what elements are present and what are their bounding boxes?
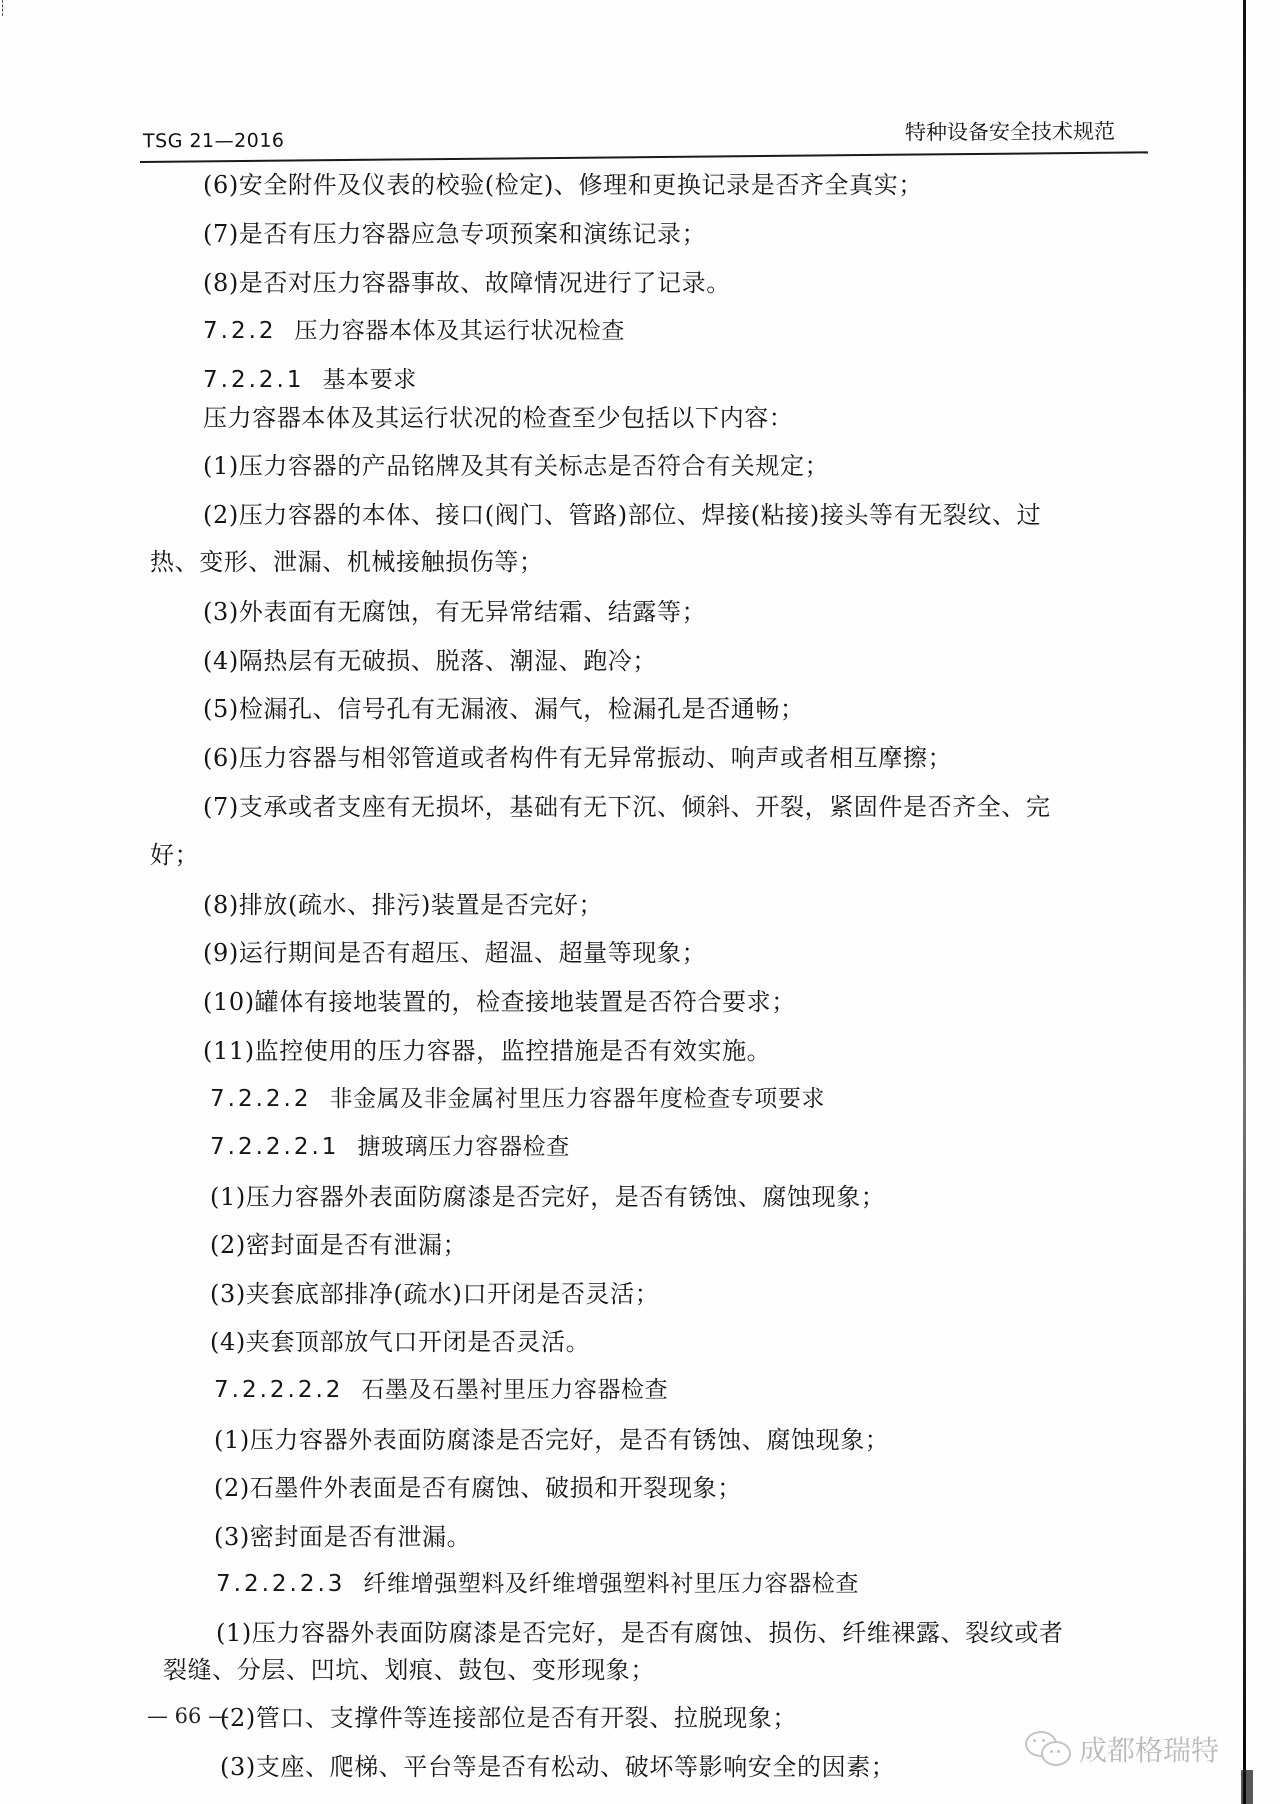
section-title: 搪玻璃压力容器检查 bbox=[357, 1134, 569, 1160]
section-title: 石墨及石墨衬里压力容器检查 bbox=[361, 1377, 668, 1403]
list-item: (9)运行期间是否有超压、超温、超量等现象； bbox=[203, 933, 706, 968]
wechat-icon bbox=[1025, 1731, 1073, 1767]
section-title: 非金属及非金属衬里压力容器年度检查专项要求 bbox=[329, 1086, 825, 1112]
scan-page-edge-shadow bbox=[1241, 1770, 1253, 1804]
paragraph: 压力容器本体及其运行状况的检查至少包括以下内容： bbox=[203, 398, 793, 433]
list-item: (1)压力容器外表面防腐漆是否完好，是否有锈蚀、腐蚀现象； bbox=[210, 1177, 885, 1212]
list-item: (2)密封面是否有泄漏； bbox=[210, 1225, 467, 1260]
watermark-text: 成都格瑞特 bbox=[1079, 1729, 1219, 1769]
section-heading: 7.2.2.1基本要求 bbox=[203, 361, 417, 394]
list-item: (1)压力容器外表面防腐漆是否完好，是否有锈蚀、腐蚀现象； bbox=[214, 1420, 889, 1455]
list-item: (7)支承或者支座有无损坏，基础有无下沉、倾斜、开裂，紧固件是否齐全、完 bbox=[203, 787, 1051, 822]
list-item-continuation: 裂缝、分层、凹坑、划痕、鼓包、变形现象； bbox=[163, 1650, 655, 1685]
section-number: 7.2.2.2.1 bbox=[210, 1134, 339, 1160]
section-title: 压力容器本体及其运行状况检查 bbox=[295, 318, 625, 344]
section-heading: 7.2.2.2.2石墨及石墨衬里压力容器检查 bbox=[214, 1371, 668, 1404]
list-item: (5)检漏孔、信号孔有无漏液、漏气，检漏孔是否通畅； bbox=[203, 689, 805, 724]
scan-page-edge bbox=[1243, 0, 1246, 1804]
watermark: 成都格瑞特 bbox=[1025, 1729, 1219, 1769]
list-item: (2)压力容器的本体、接口(阀门、管路)部位、焊接(粘接)接头等有无裂纹、过 bbox=[203, 495, 1041, 530]
list-item: (8)是否对压力容器事故、故障情况进行了记录。 bbox=[203, 263, 731, 298]
header-divider bbox=[140, 151, 1148, 163]
scan-corner-mark bbox=[2, 0, 7, 16]
section-title: 纤维增强塑料及纤维增强塑料衬里压力容器检查 bbox=[363, 1571, 859, 1597]
section-heading: 7.2.2.2非金属及非金属衬里压力容器年度检查专项要求 bbox=[210, 1080, 825, 1113]
section-number: 7.2.2.2 bbox=[210, 1086, 311, 1112]
section-number: 7.2.2.1 bbox=[203, 367, 304, 393]
list-item-continuation: 好； bbox=[150, 835, 199, 870]
series-title: 特种设备安全技术规范 bbox=[905, 115, 1115, 146]
list-item: (2)石墨件外表面是否有腐蚀、破损和开裂现象； bbox=[214, 1468, 742, 1503]
list-item: (2)管口、支撑件等连接部位是否有开裂、拉脱现象； bbox=[220, 1698, 797, 1733]
list-item: (11)监控使用的压力容器，监控措施是否有效实施。 bbox=[203, 1031, 771, 1066]
list-item: (6)压力容器与相邻管道或者构件有无异常振动、响声或者相互摩擦； bbox=[203, 738, 952, 773]
list-item: (6)安全附件及仪表的校验(检定)、修理和更换记录是否齐全真实； bbox=[203, 165, 923, 200]
section-heading: 7.2.2.2.1搪玻璃压力容器检查 bbox=[210, 1128, 570, 1161]
list-item: (4)夹套顶部放气口开闭是否灵活。 bbox=[210, 1322, 590, 1357]
list-item: (4)隔热层有无破损、脱落、潮湿、跑冷； bbox=[203, 641, 657, 676]
list-item: (3)外表面有无腐蚀，有无异常结霜、结露等； bbox=[203, 592, 706, 627]
section-heading: 7.2.2.2.3纤维增强塑料及纤维增强塑料衬里压力容器检查 bbox=[216, 1565, 859, 1598]
list-item: (3)密封面是否有泄漏。 bbox=[214, 1517, 471, 1552]
section-title: 基本要求 bbox=[322, 367, 416, 393]
list-item: (1)压力容器的产品铭牌及其有关标志是否符合有关规定； bbox=[203, 446, 829, 481]
section-number: 7.2.2.2.3 bbox=[216, 1571, 345, 1597]
section-number: 7.2.2.2.2 bbox=[214, 1377, 343, 1403]
list-item: (3)支座、爬梯、平台等是否有松动、破坏等影响安全的因素； bbox=[220, 1747, 895, 1782]
list-item: (10)罐体有接地装置的，检查接地装置是否符合要求； bbox=[203, 982, 796, 1017]
page-number: — 66 — bbox=[147, 1704, 229, 1728]
list-item-continuation: 热、变形、泄漏、机械接触损伤等； bbox=[150, 542, 544, 577]
document-code: TSG 21—2016 bbox=[143, 130, 285, 153]
list-item: (1)压力容器外表面防腐漆是否完好，是否有腐蚀、损伤、纤维裸露、裂纹或者 bbox=[216, 1613, 1064, 1648]
list-item: (8)排放(疏水、排污)装置是否完好； bbox=[203, 885, 603, 920]
section-number: 7.2.2 bbox=[203, 318, 277, 344]
section-heading: 7.2.2压力容器本体及其运行状况检查 bbox=[203, 312, 625, 345]
scanned-document-page: TSG 21—2016 特种设备安全技术规范 (6)安全附件及仪表的校验(检定)… bbox=[0, 0, 1280, 1804]
list-item: (3)夹套底部排净(疏水)口开闭是否灵活； bbox=[210, 1274, 659, 1309]
list-item: (7)是否有压力容器应急专项预案和演练记录； bbox=[203, 214, 706, 249]
